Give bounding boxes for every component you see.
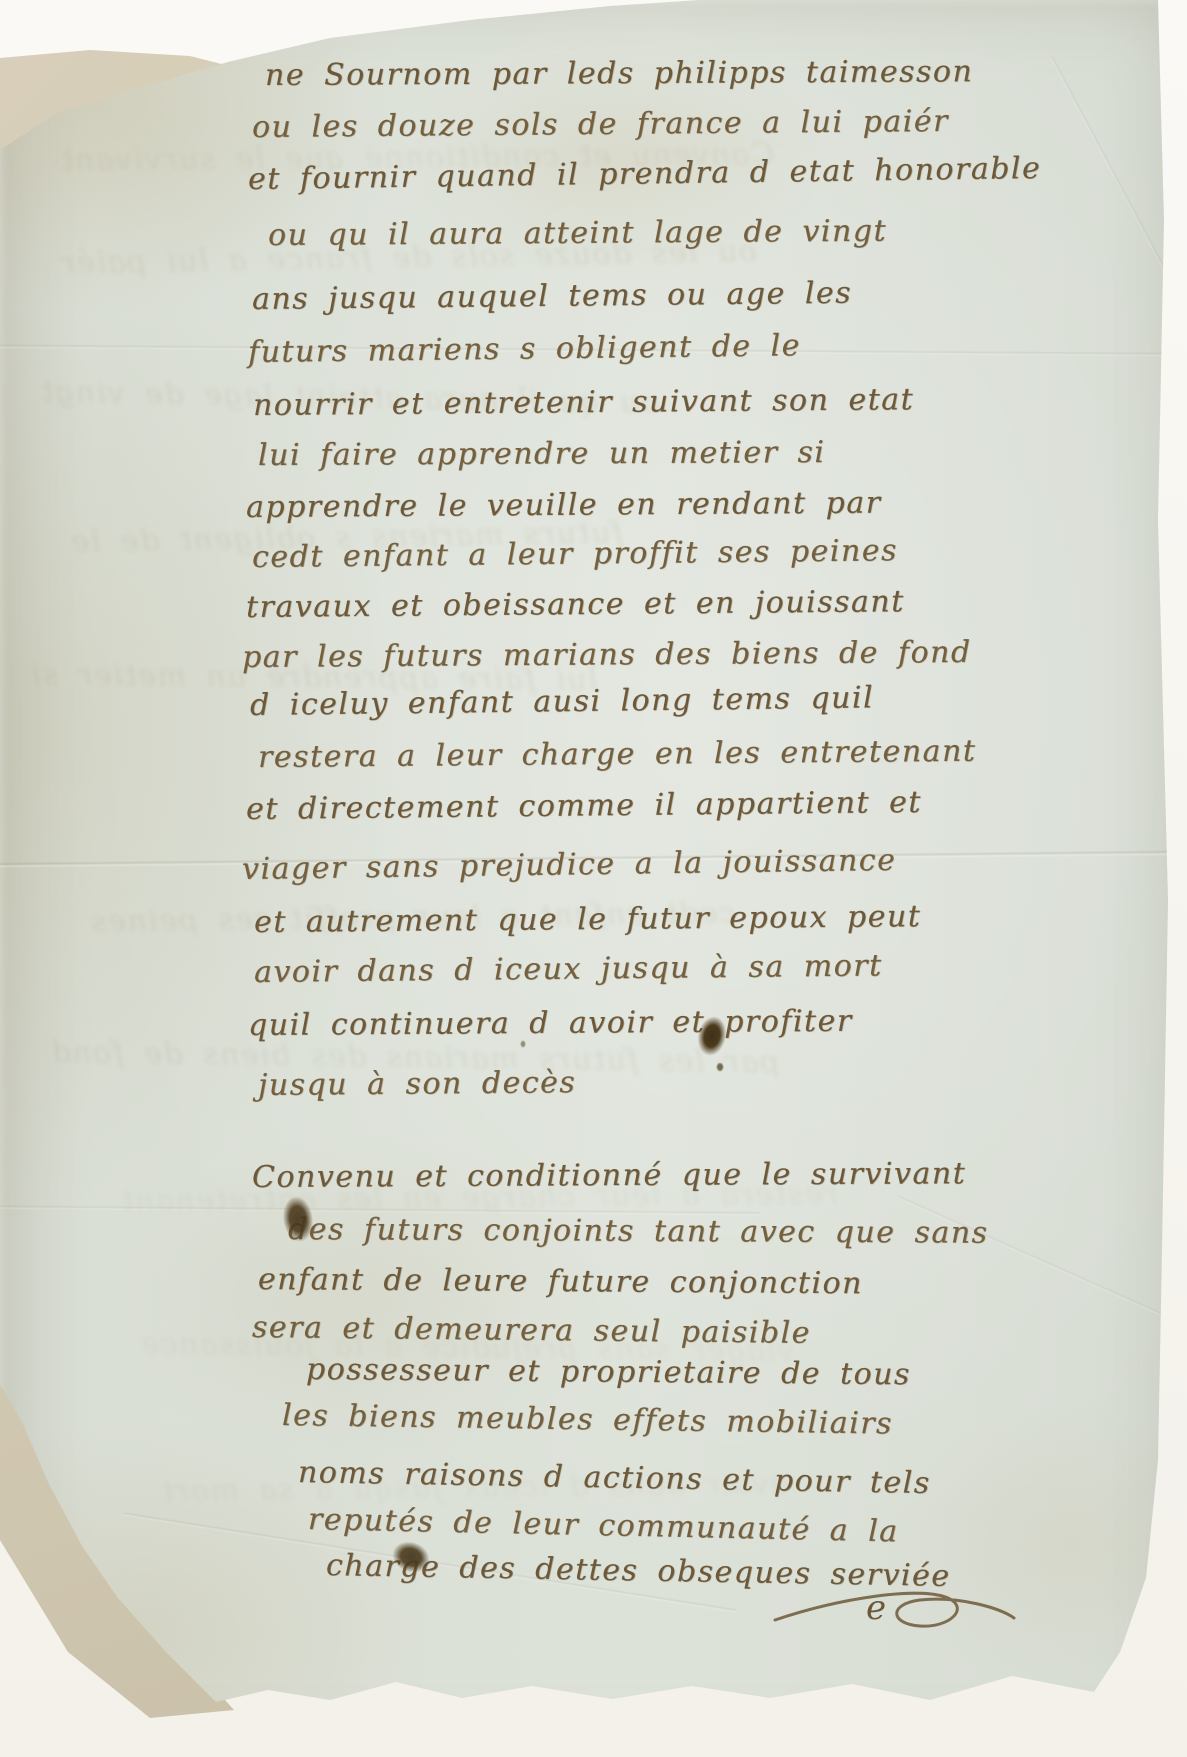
- manuscript-line: par les futurs marians des biens de fond: [242, 635, 972, 675]
- manuscript-line: ne Sournom par leds philipps taimesson: [265, 54, 973, 93]
- manuscript-line: sera et demeurera seul paisible: [252, 1310, 811, 1351]
- manuscript-paper: ou les douze sols de france a lui paiér …: [0, 0, 1187, 1757]
- manuscript-line: et directement comme il appartient et: [246, 785, 922, 827]
- manuscript-line: ou qu il aura atteint lage de vingt: [268, 214, 887, 253]
- manuscript-line: avoir dans d iceux jusqu à sa mort: [254, 948, 883, 990]
- manuscript-line: futurs mariens s obligent de le: [248, 328, 801, 370]
- manuscript-line: et autrement que le futur epoux peut: [254, 899, 922, 940]
- manuscript-line: reputés de leur communauté a la: [308, 1502, 899, 1549]
- manuscript-line: cedt enfant a leur proffit ses peines: [252, 533, 898, 575]
- manuscript-line: d iceluy enfant ausi long tems quil: [250, 680, 875, 723]
- manuscript-line: lui faire apprendre un metier si: [258, 435, 826, 473]
- manuscript-line: les biens meubles effets mobiliairs: [282, 1398, 893, 1442]
- manuscript-line: des futurs conjoints tant avec que sans: [288, 1212, 989, 1251]
- manuscript-line: ou les douze sols de france a lui paiér: [252, 104, 949, 145]
- manuscript-line: charge des dettes obseques serviée: [326, 1548, 951, 1594]
- manuscript-line: possesseur et proprietaire de tous: [306, 1352, 911, 1392]
- manuscript-line: jusqu à son decès: [258, 1065, 577, 1103]
- manuscript-line: enfant de leure future conjonction: [258, 1262, 863, 1301]
- scanned-document-page: { "page": { "background_color": "#f8f6f1…: [0, 0, 1187, 1757]
- manuscript-line: nourrir et entretenir suivant son etat: [253, 382, 914, 423]
- manuscript-text: ne Sournom par leds philipps taimesson o…: [0, 0, 1187, 1757]
- manuscript-line: restera a leur charge en les entretenant: [258, 734, 977, 775]
- manuscript-line: viager sans prejudice a la jouissance: [242, 843, 897, 887]
- manuscript-line: et fournir quand il prendra d etat honor…: [248, 151, 1042, 197]
- manuscript-line: travaux et obeissance et en jouissant: [246, 584, 905, 625]
- manuscript-line: apprendre le veuille en rendant par: [246, 486, 882, 525]
- manuscript-line: Convenu et conditionné que le survivant: [252, 1156, 966, 1195]
- manuscript-line: noms raisons d actions et pour tels: [298, 1455, 931, 1501]
- manuscript-line: quil continuera d avoir et profiter: [248, 1004, 853, 1043]
- manuscript-line: ans jusqu auquel tems ou age les: [252, 276, 852, 317]
